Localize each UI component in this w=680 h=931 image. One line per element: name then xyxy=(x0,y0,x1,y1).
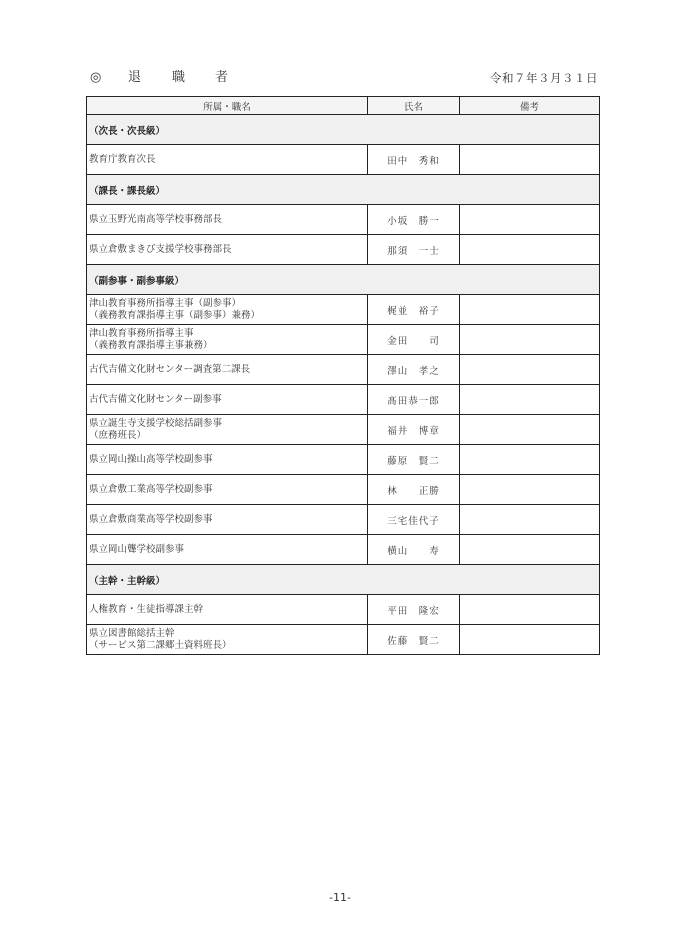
position-text: 津山教育事務所指導主事 xyxy=(89,328,367,340)
name-cell: 横山 寿 xyxy=(368,535,460,565)
column-header-note: 備考 xyxy=(460,97,600,115)
name-cell: 福井 博章 xyxy=(368,415,460,445)
note-cell xyxy=(460,325,600,355)
table-row: 教育庁教育次長 田中 秀和 xyxy=(87,145,600,175)
name-cell: 小坂 勝一 xyxy=(368,205,460,235)
title-char-2: 職 xyxy=(172,69,185,87)
position-subtext: （サービス第二課郷土資料班長） xyxy=(89,640,367,652)
position-text: 県立倉敷工業高等学校副参事 xyxy=(89,484,367,496)
position-cell: 古代吉備文化財センター副参事 xyxy=(87,385,368,415)
note-cell xyxy=(460,295,600,325)
table-row: 津山教育事務所指導主事（義務教育課指導主事兼務） 金田 司 xyxy=(87,325,600,355)
note-cell xyxy=(460,625,600,655)
table-row: 人権教育・生徒指導課主幹 平田 隆宏 xyxy=(87,595,600,625)
position-cell: 県立玉野光南高等学校事務部長 xyxy=(87,205,368,235)
section-header: （副参事・副参事級） xyxy=(87,265,600,295)
name-cell: 林 正勝 xyxy=(368,475,460,505)
position-text: 県立岡山聾学校副参事 xyxy=(89,544,367,556)
position-cell: 県立誕生寺支援学校総括副参事（庶務班長） xyxy=(87,415,368,445)
position-cell: 県立倉敷まきび支援学校事務部長 xyxy=(87,235,368,265)
name-cell: 澤山 孝之 xyxy=(368,355,460,385)
table-row: 県立倉敷商業高等学校副参事 三宅佳代子 xyxy=(87,505,600,535)
note-cell xyxy=(460,505,600,535)
note-cell xyxy=(460,475,600,505)
position-text: 県立岡山操山高等学校副参事 xyxy=(89,454,367,466)
name-cell: 田中 秀和 xyxy=(368,145,460,175)
table-row: 県立岡山操山高等学校副参事 藤原 賢二 xyxy=(87,445,600,475)
table-row: 県立岡山聾学校副参事 横山 寿 xyxy=(87,535,600,565)
position-text: 津山教育事務所指導主事（副参事） xyxy=(89,298,367,310)
name-cell: 金田 司 xyxy=(368,325,460,355)
name-cell: 平田 隆宏 xyxy=(368,595,460,625)
table-row: 県立誕生寺支援学校総括副参事（庶務班長） 福井 博章 xyxy=(87,415,600,445)
page-number: -11- xyxy=(0,891,680,904)
name-cell: 藤原 賢二 xyxy=(368,445,460,475)
position-cell: 県立倉敷工業高等学校副参事 xyxy=(87,475,368,505)
position-text: 県立図書館総括主幹 xyxy=(89,628,367,640)
position-subtext: （庶務班長） xyxy=(89,430,367,442)
retirees-table: 所属・職名 氏名 備考 （次長・次長級） 教育庁教育次長 田中 秀和 （課長・課… xyxy=(86,96,600,655)
table-row: 古代吉備文化財センター副参事 髙田恭一郎 xyxy=(87,385,600,415)
section-label: （課長・課長級） xyxy=(87,175,600,205)
position-cell: 県立岡山聾学校副参事 xyxy=(87,535,368,565)
table-row: 県立倉敷工業高等学校副参事 林 正勝 xyxy=(87,475,600,505)
position-text: 古代吉備文化財センター副参事 xyxy=(89,394,367,406)
table-row: 県立図書館総括主幹（サービス第二課郷土資料班長） 佐藤 賢二 xyxy=(87,625,600,655)
name-cell: 髙田恭一郎 xyxy=(368,385,460,415)
position-text: 古代吉備文化財センター調査第二課長 xyxy=(89,364,367,376)
column-header-position: 所属・職名 xyxy=(87,97,368,115)
section-label: （次長・次長級） xyxy=(87,115,600,145)
position-text: 県立倉敷商業高等学校副参事 xyxy=(89,514,367,526)
position-cell: 人権教育・生徒指導課主幹 xyxy=(87,595,368,625)
note-cell xyxy=(460,145,600,175)
table-row: 県立倉敷まきび支援学校事務部長 那須 一士 xyxy=(87,235,600,265)
note-cell xyxy=(460,385,600,415)
position-cell: 教育庁教育次長 xyxy=(87,145,368,175)
position-text: 教育庁教育次長 xyxy=(89,154,367,166)
position-cell: 古代吉備文化財センター調査第二課長 xyxy=(87,355,368,385)
name-cell: 那須 一士 xyxy=(368,235,460,265)
note-cell xyxy=(460,595,600,625)
position-text: 人権教育・生徒指導課主幹 xyxy=(89,604,367,616)
position-subtext: （義務教育課指導主事（副参事）兼務） xyxy=(89,310,367,322)
table-header-row: 所属・職名 氏名 備考 xyxy=(87,97,600,115)
note-cell xyxy=(460,355,600,385)
position-cell: 津山教育事務所指導主事（義務教育課指導主事兼務） xyxy=(87,325,368,355)
position-text: 県立倉敷まきび支援学校事務部長 xyxy=(89,244,367,256)
section-label: （副参事・副参事級） xyxy=(87,265,600,295)
double-circle-mark: ◎ xyxy=(90,69,101,87)
title-char-3: 者 xyxy=(215,69,228,87)
note-cell xyxy=(460,535,600,565)
name-cell: 三宅佳代子 xyxy=(368,505,460,535)
name-cell: 梶並 裕子 xyxy=(368,295,460,325)
position-subtext: （義務教育課指導主事兼務） xyxy=(89,340,367,352)
position-text: 県立玉野光南高等学校事務部長 xyxy=(89,214,367,226)
table-row: 津山教育事務所指導主事（副参事）（義務教育課指導主事（副参事）兼務） 梶並 裕子 xyxy=(87,295,600,325)
position-cell: 県立岡山操山高等学校副参事 xyxy=(87,445,368,475)
note-cell xyxy=(460,235,600,265)
title-char-1: 退 xyxy=(128,69,141,87)
section-header: （次長・次長級） xyxy=(87,115,600,145)
column-header-name: 氏名 xyxy=(368,97,460,115)
position-cell: 津山教育事務所指導主事（副参事）（義務教育課指導主事（副参事）兼務） xyxy=(87,295,368,325)
section-label: （主幹・主幹級） xyxy=(87,565,600,595)
position-cell: 県立図書館総括主幹（サービス第二課郷土資料班長） xyxy=(87,625,368,655)
table-row: 古代吉備文化財センター調査第二課長 澤山 孝之 xyxy=(87,355,600,385)
section-header: （主幹・主幹級） xyxy=(87,565,600,595)
table-row: 県立玉野光南高等学校事務部長 小坂 勝一 xyxy=(87,205,600,235)
position-cell: 県立倉敷商業高等学校副参事 xyxy=(87,505,368,535)
note-cell xyxy=(460,415,600,445)
position-text: 県立誕生寺支援学校総括副参事 xyxy=(89,418,367,430)
name-cell: 佐藤 賢二 xyxy=(368,625,460,655)
note-cell xyxy=(460,205,600,235)
section-header: （課長・課長級） xyxy=(87,175,600,205)
note-cell xyxy=(460,445,600,475)
document-date: 令和７年３月３１日 xyxy=(490,70,598,86)
